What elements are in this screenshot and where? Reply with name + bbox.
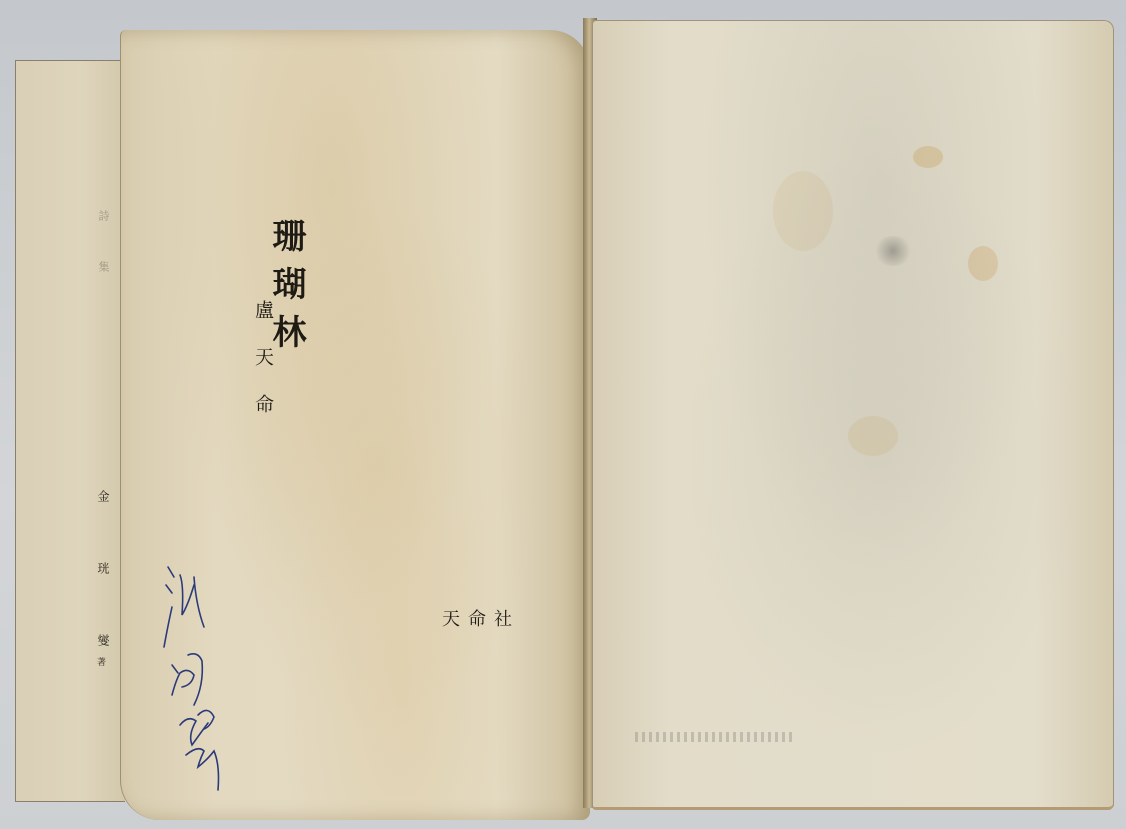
foxing-stain bbox=[848, 416, 898, 456]
mold-spot bbox=[873, 236, 913, 266]
flap-faint-text: 詩集 bbox=[95, 210, 111, 312]
foxing-stain bbox=[968, 246, 998, 281]
bleed-through-text bbox=[635, 732, 795, 742]
foxing-stain bbox=[773, 171, 833, 251]
blank-right-page bbox=[592, 20, 1114, 810]
flap-small-text: 著 bbox=[97, 655, 106, 668]
book-publisher: 天命社 bbox=[442, 605, 520, 631]
flap-author-text: 金珖燮 bbox=[95, 490, 112, 706]
foxing-stain bbox=[913, 146, 943, 168]
book-author: 盧天命 bbox=[250, 300, 277, 441]
handwritten-signature bbox=[158, 555, 238, 795]
